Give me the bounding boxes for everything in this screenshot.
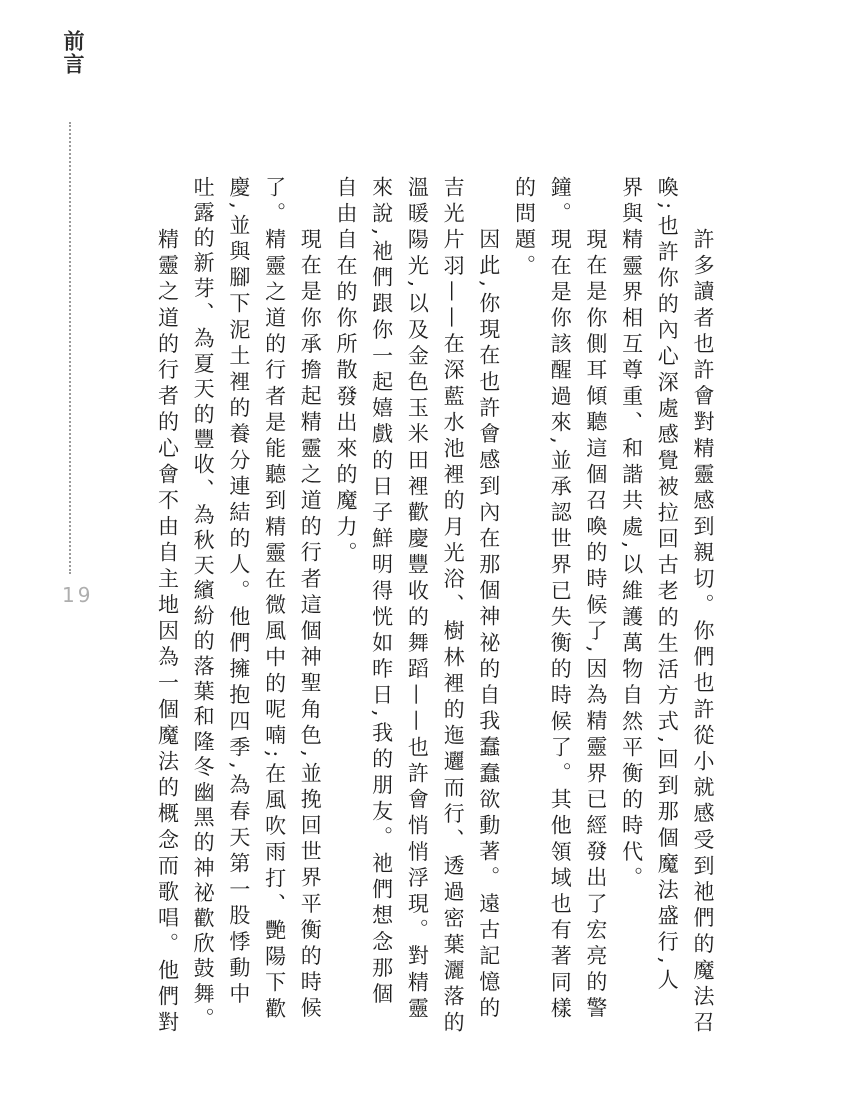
text-column: 精靈之道的行者的心會不由自主地因為一個魔法的概念而歌唱。他們對 <box>149 176 185 1042</box>
text-column: 來說,祂們跟你一起嬉戲的日子鮮明得恍如昨日,我的朋友。祂們想念那個 <box>363 176 399 1042</box>
text-column: 現在是你承擔起精靈之道的行者這個神聖角色,並挽回世界平衡的時候 <box>292 176 328 1042</box>
text-column: 的問題。 <box>506 176 542 1042</box>
text-column: 自由自在的你所散發出來的魔力。 <box>327 176 363 1042</box>
text-column: 現在是你側耳傾聽這個召喚的時候了,因為精靈界已經發出了宏亮的警 <box>577 176 613 1042</box>
text-column: 界與精靈界相互尊重、和諧共處,以維護萬物自然平衡的時代。 <box>613 176 649 1042</box>
text-column: 了。精靈之道的行者是能聽到精靈在微風中的呢喃;在風吹雨打、艷陽下歡 <box>256 176 292 1042</box>
text-column: 慶,並與腳下泥土裡的養分連結的人。他們擁抱四季,為春天第一股悸動中 <box>220 176 256 1042</box>
text-column: 因此,你現在也許會感到內在那個神祕的自我蠢蠢欲動著。遠古記憶的 <box>470 176 506 1042</box>
text-column: 吐露的新芽、為夏天的豐收、為秋天繽紛的落葉和隆冬幽黑的神祕歡欣鼓舞。 <box>184 176 220 1042</box>
page-number: 19 <box>62 583 93 607</box>
text-column: 喚;也許你的內心深處感覺被拉回古老的生活方式,回到那個魔法盛行,人 <box>649 176 685 1042</box>
text-column: 許多讀者也許會對精靈感到親切。你們也許從小就感受到祂們的魔法召 <box>684 176 720 1042</box>
text-column: 溫暖陽光,以及金色玉米田裡歡慶豐收的舞蹈——也許會悄悄浮現。對精靈 <box>399 176 435 1042</box>
text-column: 鐘。現在是你該醒過來,並承認世界已失衡的時候了。其他領域也有著同樣 <box>541 176 577 1042</box>
text-column: 吉光片羽——在深藍水池裡的月光浴、樹林裡的迤邐而行、透過密葉灑落的 <box>434 176 470 1042</box>
dotted-rule <box>69 122 71 574</box>
section-title: 前言 <box>58 30 88 76</box>
body-text: 許多讀者也許會對精靈感到親切。你們也許從小就感受到祂們的魔法召 喚;也許你的內心… <box>149 176 720 1042</box>
